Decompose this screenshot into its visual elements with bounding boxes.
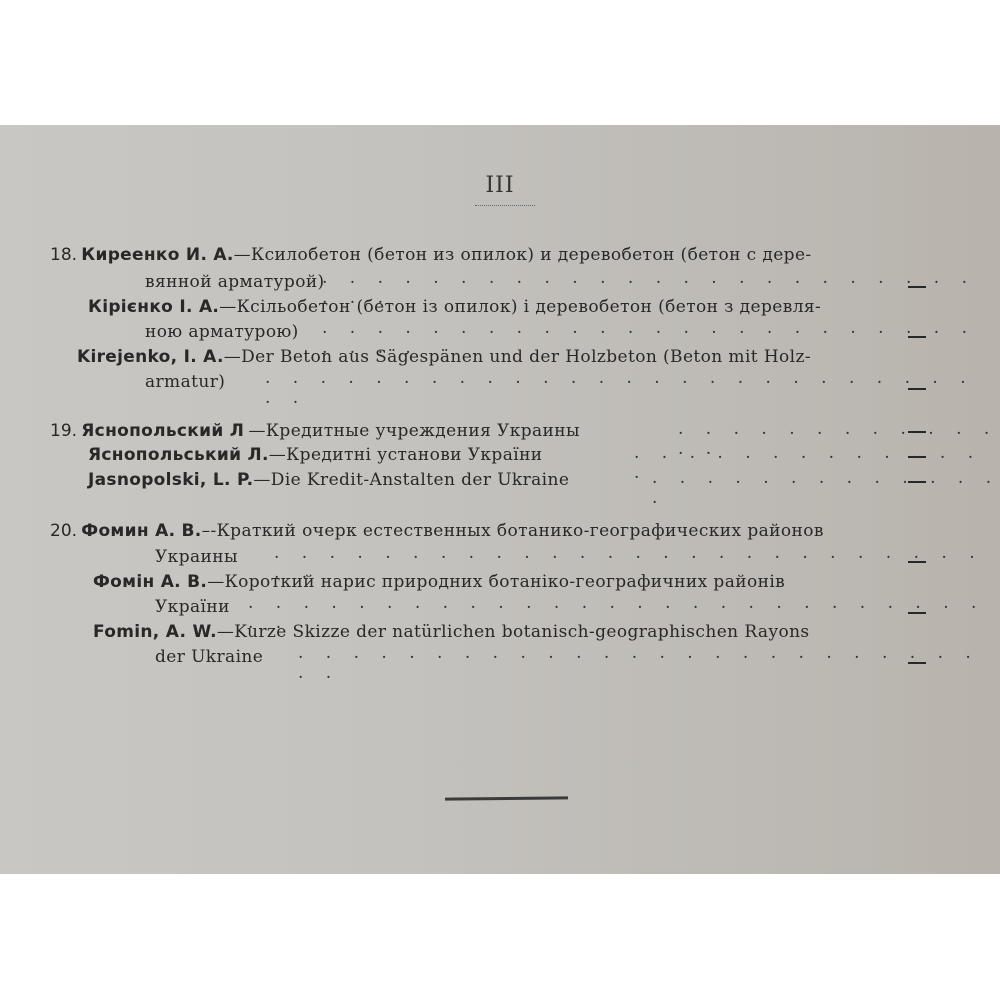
end-rule (445, 796, 568, 800)
title: —Кредитні установи України (269, 445, 543, 465)
toc-entry-20-uk: Фомін А. В.—Короткий нарис природних бот… (93, 571, 785, 593)
toc-entry-18-uk: Кірієнко І. А.—Ксільобетон (бетон із опи… (88, 296, 821, 318)
toc-entry-18-de: Kirejenko, I. A.—Der Beton aus Sägespäne… (77, 346, 811, 368)
title-continuation: Украины (155, 546, 238, 568)
title-continuation: ною арматурою) (145, 321, 299, 343)
page-ref (908, 612, 926, 614)
toc-entry-19-de: Jasnopolski, L. P.—Die Kredit-Anstalten … (88, 469, 569, 491)
author: Фомін А. В. (93, 572, 207, 592)
leader-dots: . . . . . . . . . . . . . . . . . . . . … (298, 643, 1000, 683)
author: Kirejenko, I. A. (77, 347, 224, 367)
toc-entry-19-uk: Яснопольський Л.—Кредитні установи Украї… (88, 444, 543, 466)
entry-number: 19. (50, 421, 77, 441)
title: –-Краткий очерк естественных ботанико-ге… (202, 521, 824, 541)
title: —Der Beton aus Sägespänen und der Holzbe… (224, 347, 811, 367)
leader-dots: . . . . . . . . . . . . . . (652, 468, 1000, 508)
page-ref (908, 431, 926, 433)
page-ref (908, 662, 926, 664)
author: Фомин А. В. (81, 521, 201, 541)
page-ref (908, 336, 926, 338)
toc-entry-18-ru: 18. Киреенко И. А.—Ксилобетон (бетон из … (50, 244, 812, 266)
title: —Короткий нарис природних ботаніко-геогр… (207, 572, 785, 592)
author: Кірієнко І. А. (88, 297, 219, 317)
author: Яснопольский Л (81, 421, 244, 441)
author: Fomin, A. W. (93, 622, 217, 642)
page-ref (908, 388, 926, 390)
toc-entry-20-de: Fomin, A. W.—Kurze Skizze der natürliche… (93, 621, 810, 643)
title: —Кредитные учреждения Украины (248, 421, 580, 441)
page-number-underline (475, 205, 535, 206)
author: Jasnopolski, L. P. (88, 470, 253, 490)
title: —Ксільобетон (бетон із опилок) і деревоб… (219, 297, 821, 317)
entry-number: 18. (50, 245, 77, 265)
toc-entry-19-ru: 19. Яснопольский Л —Кредитные учреждения… (50, 420, 580, 442)
title-continuation: вянной арматурой) (145, 271, 325, 293)
title-continuation: der Ukraine (155, 646, 263, 668)
page-ref (908, 481, 926, 483)
title-continuation: України (155, 596, 230, 618)
page-ref (908, 456, 926, 458)
author: Яснопольський Л. (88, 445, 269, 465)
title-continuation: armatur) (145, 371, 225, 393)
toc-entry-20-ru: 20. Фомин А. В.–-Краткий очерк естествен… (50, 520, 824, 542)
leader-dots: . . . . . . . . . . . . . . . . . . . . … (265, 368, 1000, 408)
entry-number: 20. (50, 521, 77, 541)
page-ref (908, 286, 926, 288)
author: Киреенко И. А. (81, 245, 233, 265)
title: —Die Kredit-Anstalten der Ukraine (253, 470, 569, 490)
document-page: III 18. Киреенко И. А.—Ксилобетон (бетон… (0, 125, 1000, 874)
title: —Kurze Skizze der natürlichen botanisch-… (217, 622, 810, 642)
title: —Ксилобетон (бетон из опилок) и деревобе… (234, 245, 812, 265)
page-number: III (0, 173, 1000, 198)
page-ref (908, 561, 926, 563)
